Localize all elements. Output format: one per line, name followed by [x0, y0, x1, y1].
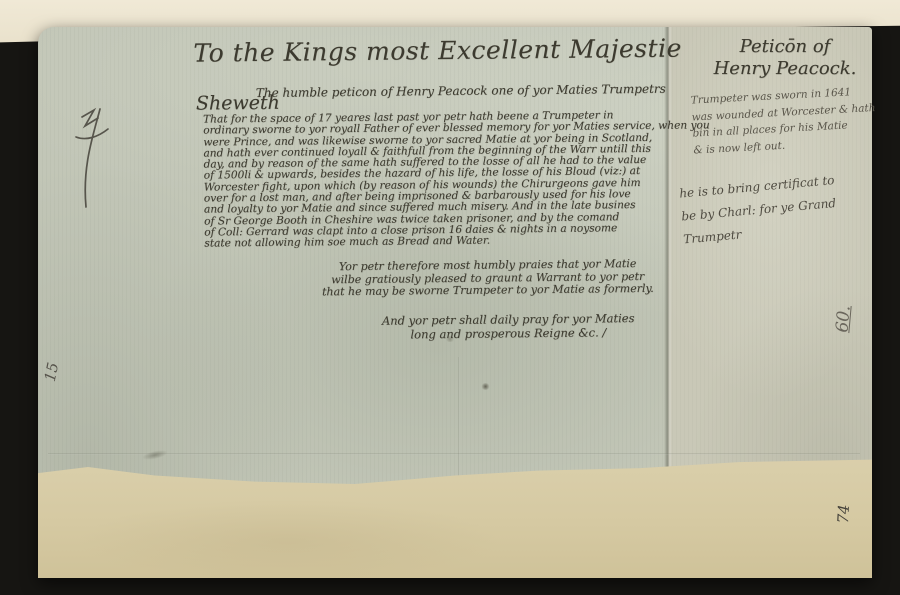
manuscript-document: To the Kings most Excellent Majestie She…	[38, 27, 872, 578]
archival-number-right-top: 60.	[832, 305, 854, 334]
endorsement-title-line2: Henry Peacock.	[690, 58, 880, 79]
petition-body: That for the space of 17 yeares last pas…	[203, 110, 684, 251]
photographed-manuscript-backdrop: To the Kings most Excellent Majestie She…	[0, 0, 900, 595]
clerk-flourish-mark	[60, 103, 116, 213]
petition-closing: And yor petr shall daily pray for yor Ma…	[356, 312, 660, 343]
petition-prayer: Yor petr therefore most humbly praies th…	[286, 257, 690, 299]
archival-number-right-bottom: 74	[834, 504, 853, 524]
body-line: state not allowing him soe much as Bread…	[204, 234, 684, 250]
petition-page: To the Kings most Excellent Majestie She…	[35, 24, 671, 582]
petition-subtitle: The humble peticon of Henry Peacock one …	[246, 82, 676, 101]
prayer-line: that he may be sworne Trumpeter to yor M…	[286, 283, 690, 300]
endorsement-note: Trumpeter was sworn in 1641 was wounded …	[690, 81, 900, 158]
petition-title: To the Kings most Excellent Majestie	[193, 34, 667, 68]
endorsement-title-line1: Peticōn of	[710, 36, 860, 57]
